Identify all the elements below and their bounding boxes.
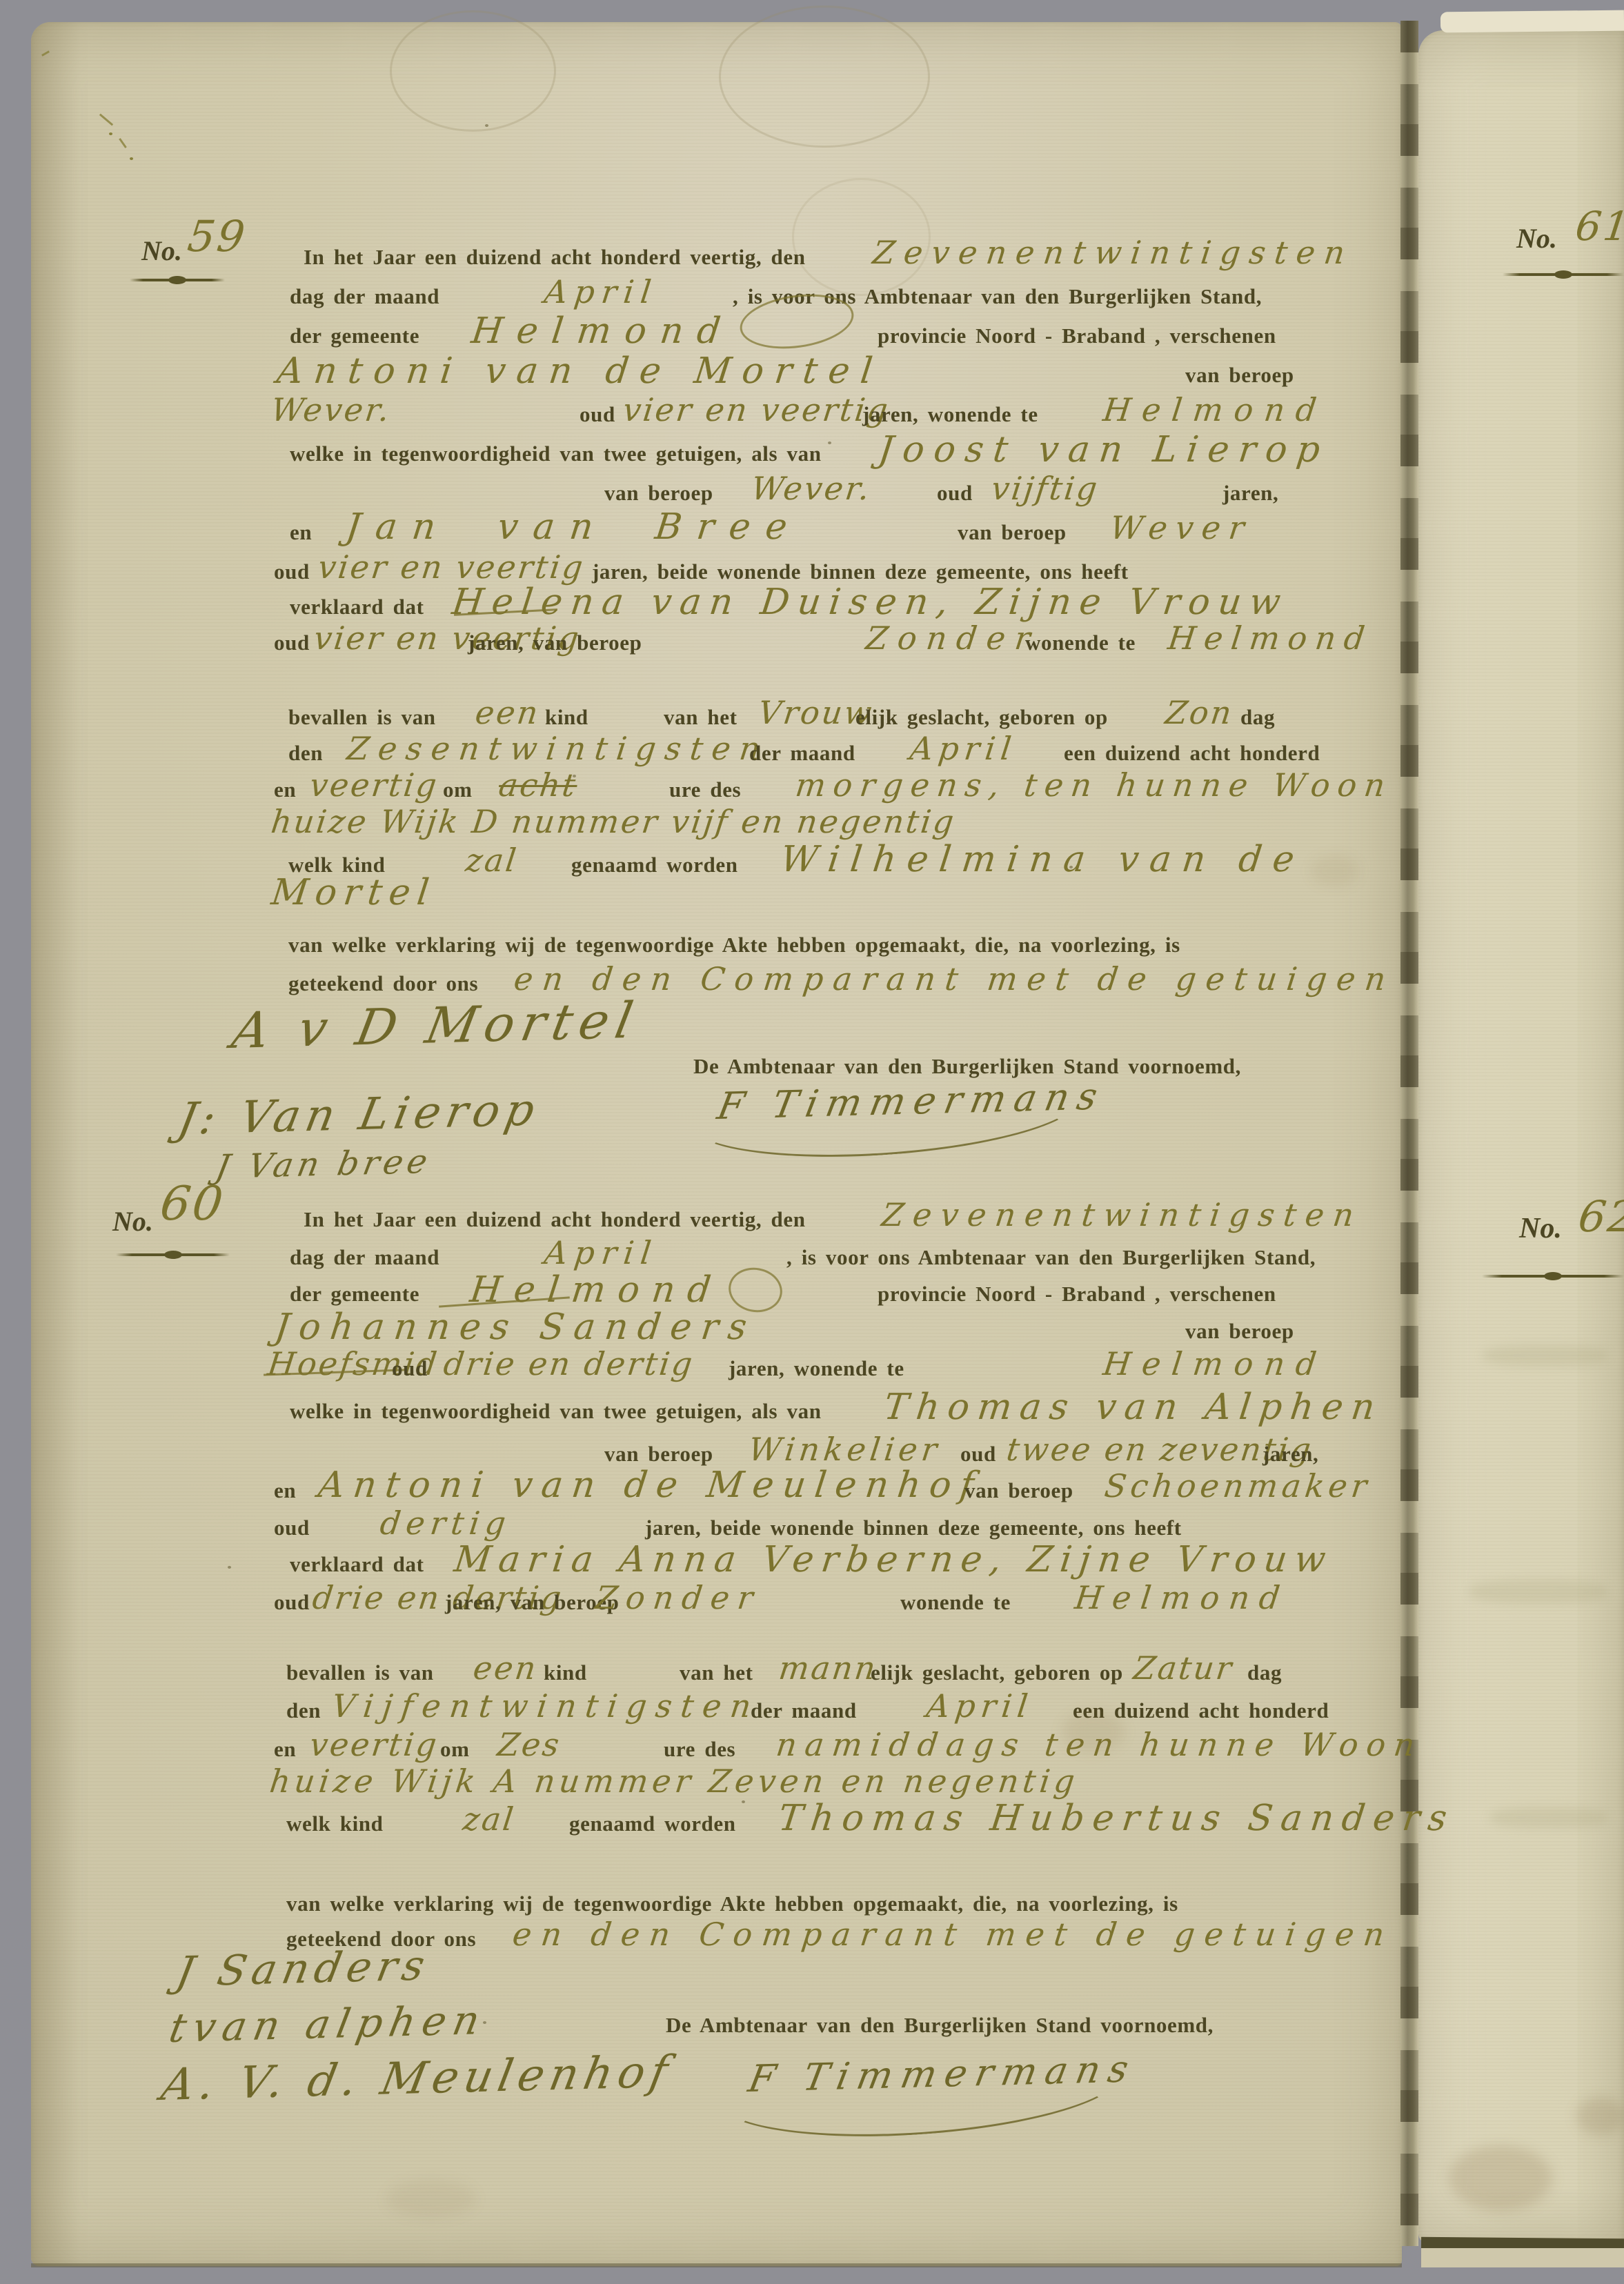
paper-stain (386, 2180, 476, 2218)
speck (742, 1800, 745, 1803)
record-number-value-61: 61 (1573, 203, 1624, 250)
number-flourish (1503, 273, 1624, 276)
record-number-value-62: 62 (1576, 1191, 1624, 1242)
paper-stain (1311, 855, 1359, 886)
show-through (1483, 1345, 1607, 1366)
show-through (1469, 1580, 1607, 1604)
record-number-label: No. (1519, 1212, 1562, 1245)
number-flourish (1482, 1275, 1624, 1278)
next-page-numbers: No. 61 No. 62 (0, 0, 1624, 2284)
speck (828, 441, 831, 444)
speck (1069, 866, 1073, 868)
speck (573, 775, 576, 777)
record-number-label: No. (1516, 222, 1557, 255)
paper-stain (1576, 2097, 1624, 2135)
speck (485, 124, 488, 127)
paper-stain (1062, 1711, 1125, 1752)
paper-stain (1449, 2145, 1552, 2211)
register-scan: No. 59 In het Jaar een duizend acht hond… (0, 0, 1624, 2284)
speck (228, 1566, 231, 1569)
speck (483, 2021, 486, 2024)
show-through (1490, 1807, 1607, 1828)
